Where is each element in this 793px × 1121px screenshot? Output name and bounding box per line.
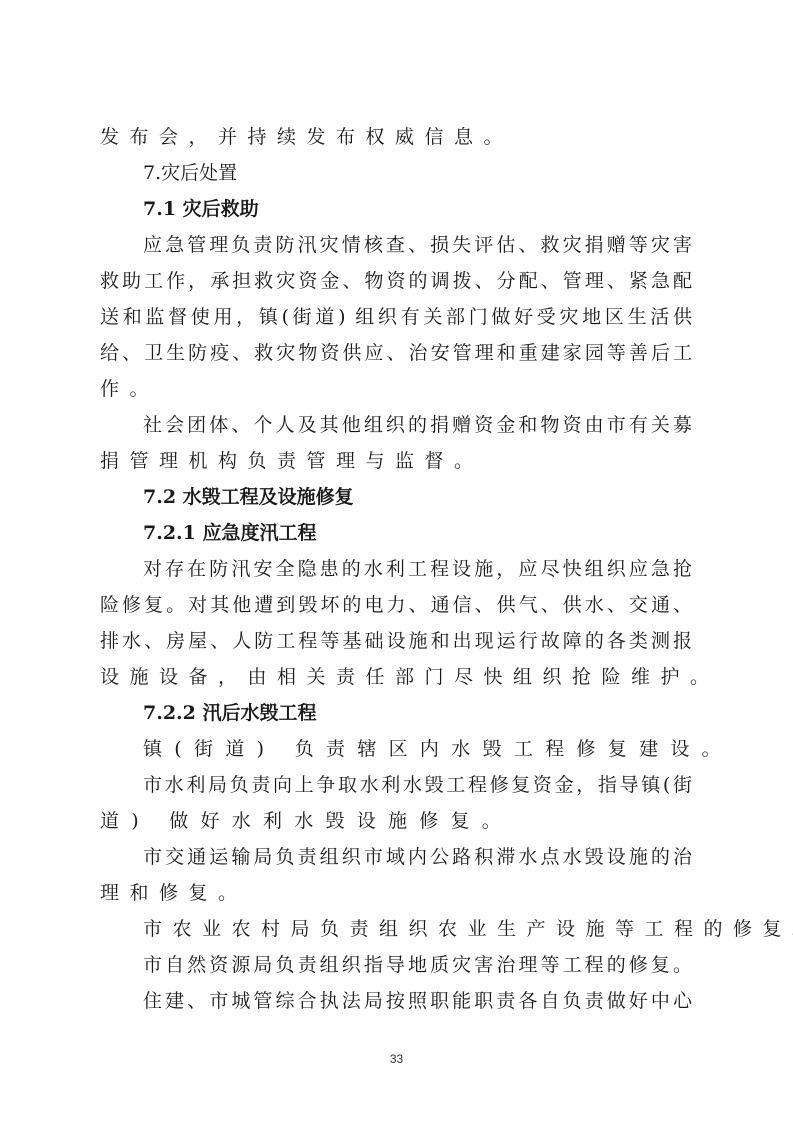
section-heading-7-2-1: 7.2.1 应急度汛工程 <box>143 515 692 551</box>
paragraph-line: 险修复。对其他遭到毁坏的电力、通信、供气、供水、交通、 <box>100 587 692 623</box>
paragraph-line: 市自然资源局负责组织指导地质灾害治理等工程的修复。 <box>143 947 692 983</box>
section-heading-7-2-2: 7.2.2 汛后水毁工程 <box>143 695 692 731</box>
document-page: 发布会，并持续发布权威信息。 7.灾后处置 7.1 灾后救助 应急管理负责防汛灾… <box>0 0 793 1121</box>
paragraph-line: 送和监督使用，镇(街道) 组织有关部门做好受灾地区生活供 <box>100 299 692 335</box>
paragraph-line: 社会团体、个人及其他组织的捐赠资金和物资由市有关募 <box>143 407 692 443</box>
paragraph-line: 给、卫生防疫、救灾物资供应、治安管理和重建家园等善后工 <box>100 335 692 371</box>
page-number: 33 <box>0 1052 793 1066</box>
paragraph-line: 应急管理负责防汛灾情核查、损失评估、救灾捐赠等灾害 <box>143 227 692 263</box>
paragraph-line: 捐管理机构负责管理与监督。 <box>100 443 692 479</box>
section-heading-7-2: 7.2 水毁工程及设施修复 <box>143 479 692 515</box>
paragraph-line: 发布会，并持续发布权威信息。 <box>100 119 692 155</box>
paragraph-line: 救助工作，承担救灾资金、物资的调拨、分配、管理、紧急配 <box>100 263 692 299</box>
paragraph-line: 市农业农村局负责组织农业生产设施等工程的修复。 <box>143 911 692 947</box>
section-heading-7-1: 7.1 灾后救助 <box>143 191 692 227</box>
paragraph-line: 市交通运输局负责组织市域内公路积滞水点水毁设施的治 <box>143 839 692 875</box>
paragraph-line: 镇(街道) 负责辖区内水毁工程修复建设。 <box>143 731 692 767</box>
paragraph-line: 市水利局负责向上争取水利水毁工程修复资金，指导镇(街 <box>143 767 692 803</box>
paragraph-line: 排水、房屋、人防工程等基础设施和出现运行故障的各类测报 <box>100 623 692 659</box>
paragraph-line: 住建、市城管综合执法局按照职能职责各自负责做好中心 <box>143 983 692 1019</box>
paragraph-line: 作。 <box>100 371 692 407</box>
paragraph-line: 道) 做好水利水毁设施修复。 <box>100 803 692 839</box>
paragraph-line: 对存在防汛安全隐患的水利工程设施，应尽快组织应急抢 <box>143 551 692 587</box>
paragraph-line: 设施设备，由相关责任部门尽快组织抢险维护。 <box>100 659 692 695</box>
paragraph-line: 理和修复。 <box>100 875 692 911</box>
section-heading-7: 7.灾后处置 <box>143 155 692 191</box>
